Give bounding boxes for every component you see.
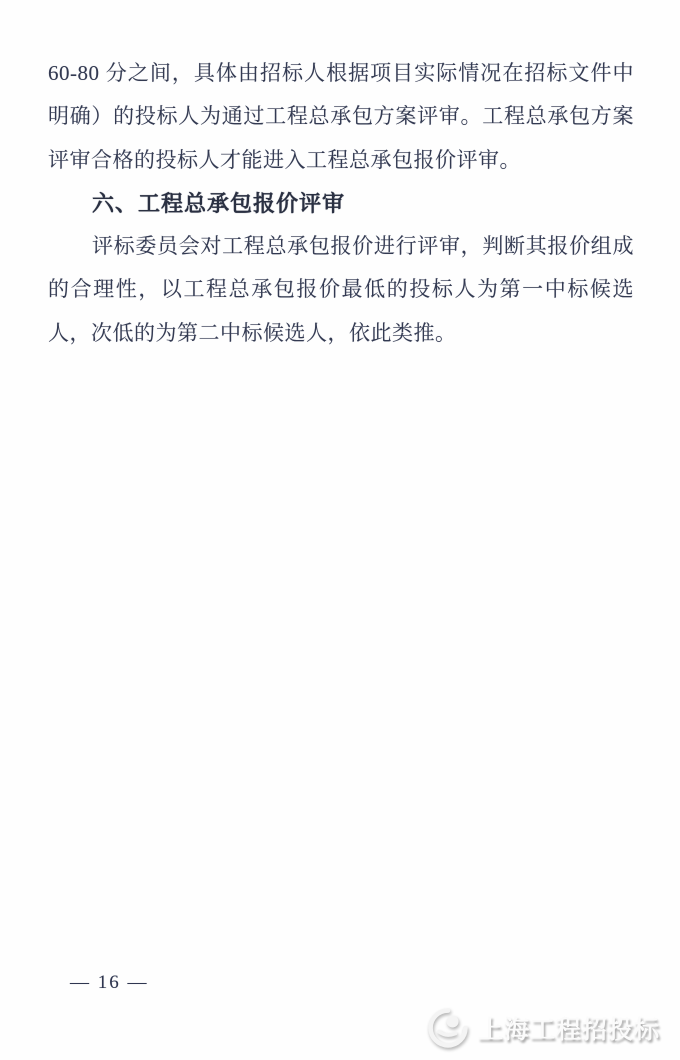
section-heading: 六、工程总承包报价评审: [48, 182, 634, 225]
watermark: 上海工程招投标: [426, 1006, 660, 1050]
paragraph-line: 明确）的投标人为通过工程总承包方案评审。工程总承包方案: [48, 95, 634, 138]
page-body-text: 60-80 分之间，具体由招标人根据项目实际情况在招标文件中 明确）的投标人为通…: [48, 52, 634, 355]
paragraph-price-review: 评标委员会对工程总承包报价进行评审，判断其报价组成 的合理性，以工程总承包报价最…: [48, 225, 634, 355]
paragraph-line: 人，次低的为第二中标候选人，依此类推。: [48, 312, 634, 355]
watermark-label: 上海工程招投标: [478, 1010, 660, 1046]
paragraph-line: 60-80 分之间，具体由招标人根据项目实际情况在招标文件中: [48, 52, 634, 95]
document-page: 60-80 分之间，具体由招标人根据项目实际情况在招标文件中 明确）的投标人为通…: [0, 0, 680, 1060]
paragraph-line: 评审合格的投标人才能进入工程总承包报价评审。: [48, 139, 634, 182]
paragraph-line: 评标委员会对工程总承包报价进行评审，判断其报价组成: [48, 225, 634, 268]
paragraph-line: 的合理性，以工程总承包报价最低的投标人为第一中标候选: [48, 268, 634, 311]
page-number: — 16 —: [70, 972, 149, 994]
paragraph-scheme-review: 60-80 分之间，具体由招标人根据项目实际情况在招标文件中 明确）的投标人为通…: [48, 52, 634, 182]
watermark-logo-icon: [426, 1006, 470, 1050]
